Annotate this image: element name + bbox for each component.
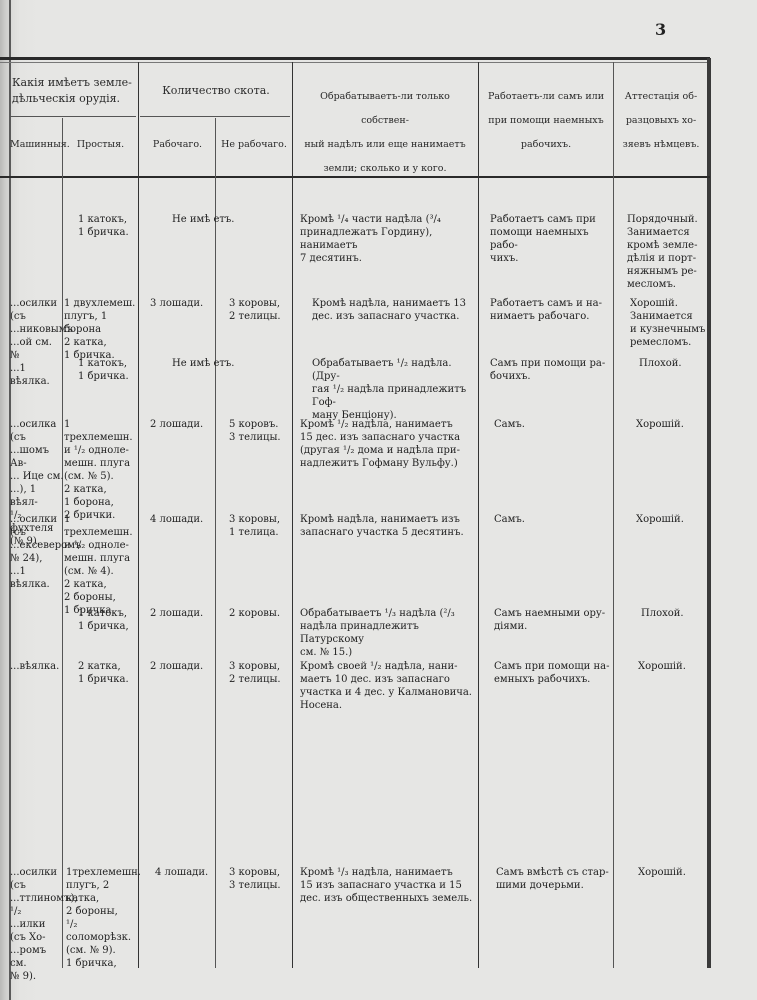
row5-nonworking: 2 коровы. (229, 607, 291, 620)
row1-nonworking: 3 коровы, 2 телицы. (229, 297, 291, 323)
row5-labor: Самъ наемными ору- діями. (494, 607, 612, 633)
row0-labor: Работаетъ самъ при помощи наемныхъ рабо-… (490, 213, 612, 265)
header-labor: Работаетъ-ли самъ или при помощи наемных… (481, 85, 611, 157)
row4-labor: Самъ. (494, 513, 612, 526)
row3-attestation: Хорошій. (636, 418, 708, 431)
header-working: Рабочаго. (140, 138, 215, 151)
row7-nonworking: 3 коровы, 3 телицы. (229, 866, 291, 892)
row6-nonworking: 3 коровы, 2 телицы. (229, 660, 291, 686)
row0-simple: 1 катокъ, 1 бричка. (78, 213, 140, 239)
row2-livestock: Не имѣ етъ. (172, 357, 292, 370)
scanned-page: 3 Какія имѣетъ земле- дѣльческія орудія.… (0, 0, 757, 1000)
row6-machine: ...вѣялка. (10, 660, 64, 673)
row0-livestock: Не имѣ етъ. (172, 213, 292, 226)
row6-simple: 2 катка, 1 бричка. (78, 660, 140, 686)
row6-labor: Самъ при помощи на- емныхъ рабочихъ. (494, 660, 612, 686)
table-top-rule-thin (0, 62, 710, 63)
row2-land: Обрабатываетъ ¹/₂ надѣла. (Дру- гая ¹/₂ … (312, 357, 478, 422)
row7-labor: Самъ вмѣстѣ съ стар- шими дочерьми. (496, 866, 612, 892)
row7-attestation: Хорошій. (638, 866, 708, 879)
page-number: 3 (655, 20, 666, 39)
header-livestock: Количество скота. (140, 83, 292, 99)
row4-attestation: Хорошій. (636, 513, 708, 526)
header-land: Обрабатываетъ-ли только собствен- ный на… (295, 85, 475, 181)
row0-land: Кромѣ ¹/₄ части надѣла (³/₄ принадлежатъ… (300, 213, 478, 265)
row4-nonworking: 3 коровы, 1 телица. (229, 513, 291, 539)
row1-labor: Работаетъ самъ и на- нимаетъ рабочаго. (490, 297, 612, 323)
row3-land: Кромѣ ¹/₂ надѣла, нанимаетъ 15 дес. изъ … (300, 418, 478, 470)
header-machine: Машинныя. (10, 138, 62, 151)
row6-working: 2 лошади. (150, 660, 212, 673)
row6-attestation: Хорошій. (638, 660, 708, 673)
implements-subheader-rule (10, 116, 136, 117)
row2-attestation: Плохой. (639, 357, 709, 370)
row3-simple: 1 трехлемешн. и ¹/₂ одноле- мешн. плуга … (64, 418, 140, 522)
row1-attestation: Хорошій. Занимается и кузнечнымъ ремесло… (630, 297, 710, 349)
col-divider-6 (613, 62, 614, 968)
header-simple: Простыя. (63, 138, 138, 151)
row4-working: 4 лошади. (150, 513, 212, 526)
row4-simple: 1 трехлемешн. и ¹/₂ одноле- мешн. плуга … (64, 513, 140, 617)
col-divider-3 (215, 118, 216, 968)
row0-attestation: Порядочный. Занимается кромѣ земле- дѣлі… (627, 213, 709, 291)
row7-land: Кромѣ ¹/₃ надѣла, нанимаетъ 15 изъ запас… (300, 866, 478, 905)
row4-machine: ...осилки (съ ...ексеверомъ № 24), ...1 … (10, 513, 64, 591)
header-nonworking: Не рабочаго. (216, 138, 292, 151)
header-implements: Какія имѣетъ земле- дѣльческія орудія. (12, 75, 137, 107)
row1-machine: ...осилки (съ ...никовымъ ...ой см. № ..… (10, 297, 64, 388)
row7-working: 4 лошади. (155, 866, 217, 879)
col-divider-4 (292, 62, 293, 968)
header-attestation: Аттестація об- разцовыхъ хо- зяевъ нѣмце… (615, 85, 707, 157)
row3-working: 2 лошади. (150, 418, 212, 431)
row3-nonworking: 5 коровъ. 3 телицы. (229, 418, 291, 444)
row2-simple: 1 катокъ, 1 бричка. (78, 357, 140, 383)
row5-land: Обрабатываетъ ¹/₃ надѣла (²/₃ надѣла при… (300, 607, 478, 659)
col-divider-5 (478, 62, 479, 968)
row1-working: 3 лошади. (150, 297, 212, 310)
row5-simple: 1 катокъ, 1 бричка, (78, 607, 140, 633)
row1-simple: 1 двухлемеш. плугъ, 1 борона 2 катка, 1 … (64, 297, 140, 362)
row6-land: Кромѣ своей ¹/₂ надѣла, нани- маетъ 10 д… (300, 660, 478, 712)
row5-working: 2 лошади. (150, 607, 212, 620)
row5-attestation: Плохой. (641, 607, 709, 620)
row3-labor: Самъ. (494, 418, 612, 431)
row4-land: Кромѣ надѣла, нанимаетъ изъ запаснаго уч… (300, 513, 478, 539)
row7-machine: ...осилки (съ ...ттлиномъ), ¹/₂ ...илки … (10, 866, 64, 983)
row2-labor: Самъ при помощи ра- бочихъ. (490, 357, 612, 383)
row7-simple: 1трехлемешн. плугъ, 2 катка, 2 бороны, ¹… (66, 866, 140, 970)
table-top-rule (0, 57, 710, 60)
row1-land: Кромѣ надѣла, нанимаетъ 13 дес. изъ запа… (312, 297, 478, 323)
livestock-subheader-rule (140, 116, 290, 117)
